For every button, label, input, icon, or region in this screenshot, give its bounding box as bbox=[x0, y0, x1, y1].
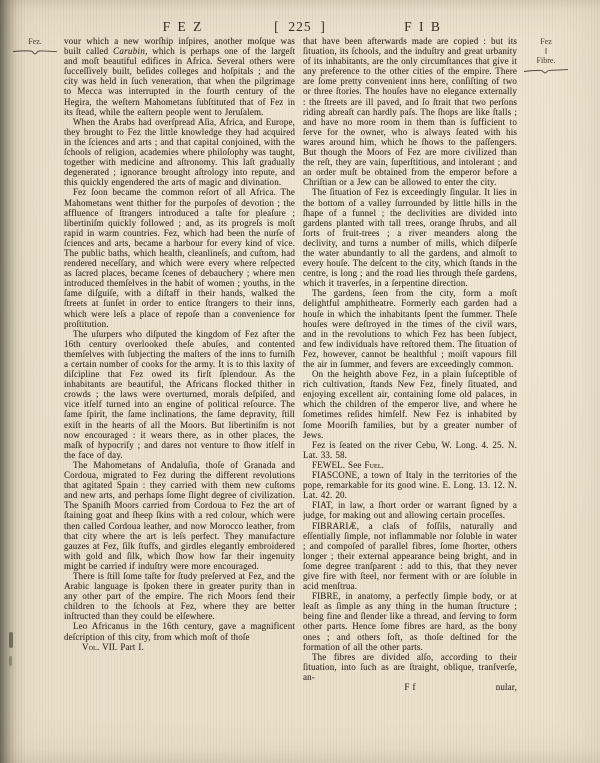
catchline: F f nular, bbox=[303, 682, 517, 692]
running-head: F E Z [ 225 ] F I B bbox=[0, 19, 600, 35]
column-left-paragraphs: vour which a new worſhip inſpires, anoth… bbox=[64, 36, 295, 652]
paragraph: vour which a new worſhip inſpires, anoth… bbox=[64, 36, 295, 117]
paragraph: The uſurpers who diſputed the kingdom of… bbox=[64, 329, 295, 460]
paragraph: Leo Africanus in the 16th century, gave … bbox=[64, 621, 295, 641]
catchword: nular, bbox=[496, 682, 517, 692]
paragraph: The gardens, ſeen from the city, form a … bbox=[303, 288, 517, 369]
running-head-left: F E Z bbox=[118, 19, 248, 35]
column-right-paragraphs: that have been afterwards made are copie… bbox=[303, 36, 517, 682]
running-head-right: F I B bbox=[358, 19, 488, 35]
swash-rule-icon bbox=[523, 67, 569, 75]
paragraph: On the heighth above Fez, in a plain ſuſ… bbox=[303, 369, 517, 440]
margin-note-right-word-2: Fibre. bbox=[537, 56, 556, 65]
signature-mark: F f bbox=[303, 682, 517, 692]
text-column-right: that have been afterwards made are copie… bbox=[303, 36, 517, 712]
margin-note-left-label: Fez. bbox=[28, 37, 42, 46]
swash-rule-icon bbox=[12, 48, 58, 56]
paragraph: The Mahometans of Andaluſia, thoſe of Gr… bbox=[64, 460, 295, 571]
paragraph: When the Arabs had overſpread Aſia, Afri… bbox=[64, 117, 295, 188]
paper-speck bbox=[9, 632, 13, 648]
paragraph: FIAT, in law, a ſhort order or warrant ſ… bbox=[303, 500, 517, 520]
page-number: [ 225 ] bbox=[240, 19, 360, 35]
margin-note-right-divider: ‖ bbox=[545, 47, 547, 56]
paragraph: The fibres are divided alſo, according t… bbox=[303, 652, 517, 682]
text-column-left: vour which a new worſhip inſpires, anoth… bbox=[64, 36, 295, 712]
paragraph: FIBRE, in anatomy, a perfectly ſimple bo… bbox=[303, 591, 517, 652]
paragraph: Fez ſoon became the common reſort of all… bbox=[64, 187, 295, 328]
margin-note-left: Fez. bbox=[10, 37, 60, 56]
paragraph: Fez is ſeated on the river Cebu, W. Long… bbox=[303, 440, 517, 460]
paragraph: FEWEL. See Fuel. bbox=[303, 460, 517, 470]
paragraph: FIASCONE, a town of Italy in the territo… bbox=[303, 470, 517, 500]
scanned-book-page: F E Z [ 225 ] F I B Fez. Fez ‖ Fibre. vo… bbox=[0, 0, 600, 763]
margin-note-right: Fez ‖ Fibre. bbox=[517, 37, 575, 75]
paragraph: FIBRARIÆ, a claſs of foſſils, naturally … bbox=[303, 521, 517, 592]
paragraph: There is ſtill ſome taſte for ſtudy preſ… bbox=[64, 571, 295, 621]
paragraph: that have been afterwards made are copie… bbox=[303, 36, 517, 187]
paragraph: The ſituation of Fez is exceedingly ſing… bbox=[303, 187, 517, 288]
paragraph: Vol. VII. Part I. bbox=[64, 642, 295, 652]
margin-note-right-word-1: Fez bbox=[540, 37, 552, 46]
paper-speck bbox=[9, 656, 12, 666]
